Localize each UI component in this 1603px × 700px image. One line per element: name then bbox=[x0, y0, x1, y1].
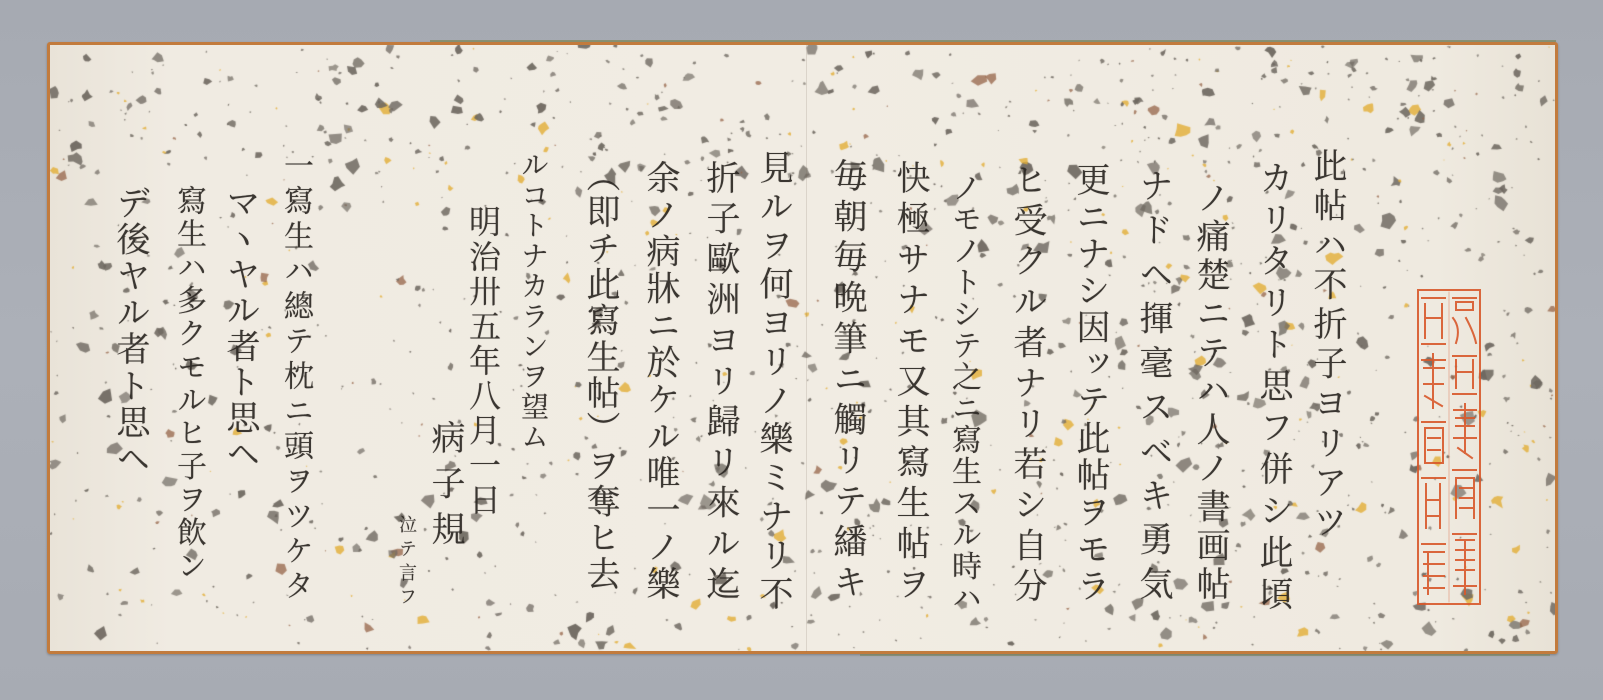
text-column: 毎朝毎晩筆ニ觸リテ繙キ bbox=[820, 158, 864, 598]
text-column: （即チ此寫生帖）ヲ奪ヒ去 bbox=[573, 158, 617, 590]
text-column: 此帖ハ不折子ヨリアツ bbox=[1300, 148, 1344, 538]
text-column: ノモノトシテ之ニ寫生スル時ハ bbox=[938, 172, 978, 612]
text-column: 余ノ病牀ニ於ケル唯一ノ樂 bbox=[633, 160, 677, 600]
text-column: ルコトナカランヲ望ム bbox=[509, 150, 547, 450]
text-column: ナドヘ揮毫スベキ勇気 bbox=[1126, 168, 1170, 600]
text-column: ノ痛楚ニテハ人ノ書画帖 bbox=[1183, 180, 1227, 600]
postscript-column: 寫生ハ多クモルヒ子ヲ飲ン bbox=[163, 185, 203, 580]
text-column: 折子歐洲ヨリ歸リ來ル迄 bbox=[693, 160, 737, 600]
text-column: 見ルヲ何ヨリノ樂ミナリ不 bbox=[746, 150, 790, 610]
text-column: ヒ受クル者ナリ若シ自分 bbox=[1000, 162, 1044, 602]
colophon-signature: 病子規 bbox=[418, 420, 462, 545]
binding-thread bbox=[430, 40, 1556, 42]
postscript-column: マヽヤル者ト思ヘ bbox=[213, 185, 257, 470]
postscript-column: 一寫生ハ總テ枕ニ頭ヲツケタ bbox=[270, 150, 310, 600]
postscript-column: デ後ヤル者ト思ヘ bbox=[103, 185, 147, 475]
text-column: 快極サナモ又其寫生帖ヲ bbox=[883, 160, 927, 600]
red-seal-stamp bbox=[1416, 288, 1482, 606]
binding-thread bbox=[860, 654, 1550, 656]
center-fold bbox=[806, 45, 807, 652]
colophon-note: 泣テ言フ bbox=[389, 515, 415, 605]
text-column: カリタリト思フ併シ此頃 bbox=[1246, 160, 1290, 610]
text-column: 更ニナシ因ッテ此帖ヲモラ bbox=[1063, 162, 1107, 602]
